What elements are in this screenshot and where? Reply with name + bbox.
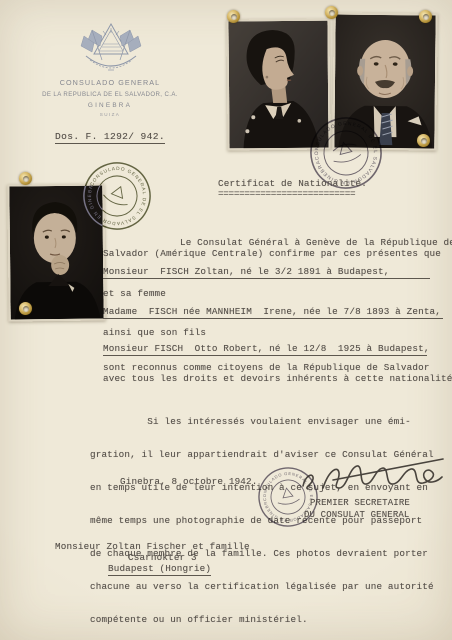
address-street: Csarnoktér 3 bbox=[128, 552, 197, 563]
connector-line-1: et sa femme bbox=[103, 288, 166, 299]
grommet-eyelet-icon bbox=[419, 10, 432, 23]
grommet-eyelet-icon bbox=[19, 172, 32, 185]
paragraph-line: chacune au verso la certification légali… bbox=[90, 581, 434, 592]
coat-of-arms-el-salvador-icon bbox=[72, 20, 150, 80]
signer-title-line-1: PREMIER SECRETAIRE bbox=[310, 498, 410, 509]
letterhead-line-1: CONSULADO GENERAL bbox=[14, 78, 206, 87]
title-typed-underline: ========================== bbox=[218, 188, 355, 199]
grommet-eyelet-icon bbox=[227, 10, 240, 23]
letterhead-line-3: GINEBRA bbox=[14, 102, 206, 109]
person-father-line: Monsieur FISCH Zoltan, né le 3/2 1891 à … bbox=[103, 266, 430, 279]
recognition-line-2: avec tous les droits et devoirs inhérent… bbox=[103, 373, 452, 384]
address-recipient: Monsieur Zoltan Fischer et famille bbox=[55, 541, 250, 552]
connector-line-2: ainsi que son fils bbox=[103, 327, 206, 338]
consulate-round-stamp-left: CONSULADO GENERAL DE EL SALVADOR EN GINE… bbox=[80, 159, 154, 233]
paragraph-line: compétente ou un officier ministériel. bbox=[90, 614, 434, 625]
grommet-eyelet-icon bbox=[417, 134, 430, 147]
address-city: Budapest (Hongrie) bbox=[108, 563, 211, 576]
person-mother-line: Madame FISCH née MANNHEIM Irene, née le … bbox=[103, 306, 443, 319]
letterhead: CONSULADO GENERAL DE LA REPUBLICA DE EL … bbox=[14, 78, 206, 117]
certificate-document: CONSULADO GENERAL DE LA REPUBLICA DE EL … bbox=[0, 0, 452, 640]
paragraph-line: Si les intéressés voulaient envisager un… bbox=[90, 416, 434, 427]
person-son-line: Monsieur FISCH Otto Robert, né le 12/8 1… bbox=[103, 343, 427, 356]
recognition-line-1: sont reconnus comme citoyens de la Répub… bbox=[103, 362, 430, 373]
grommet-eyelet-icon bbox=[325, 6, 338, 19]
place-date-line: Ginebra, 8 octobre 1942. bbox=[120, 476, 258, 487]
signer-title-line-2: DU CONSULAT GENERAL bbox=[304, 510, 409, 521]
intro-line-1: Le Consulat Général à Genève de la Répub… bbox=[180, 237, 452, 248]
dossier-number: Dos. F. 1292/ 942. bbox=[55, 131, 165, 144]
grommet-eyelet-icon bbox=[19, 302, 32, 315]
letterhead-line-2: DE LA REPUBLICA DE EL SALVADOR, C.A. bbox=[14, 91, 206, 98]
letterhead-line-4: SUIZA bbox=[14, 112, 206, 117]
intro-line-2: Salvador (Amérique Centrale) confirme pa… bbox=[103, 248, 441, 259]
